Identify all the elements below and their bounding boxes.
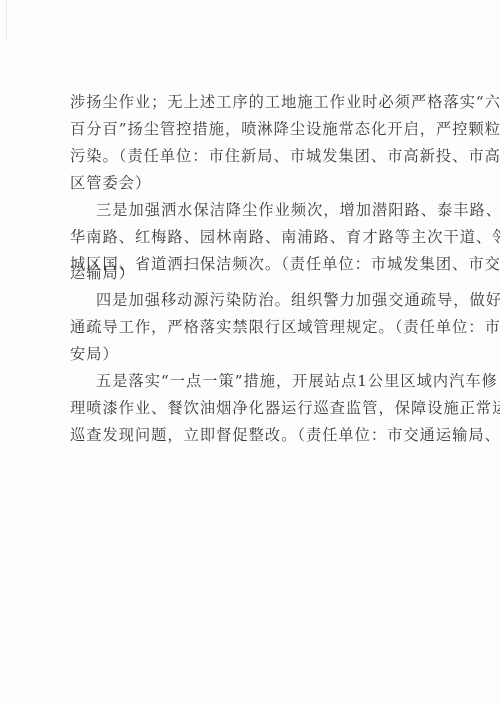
text-line: 运输局） bbox=[70, 263, 442, 283]
text-line: 安局） bbox=[70, 344, 442, 364]
text-line: 理喷漆作业、餐饮油烟净化器运行巡查监管，保障设施正常运行， bbox=[70, 398, 442, 418]
paragraph-five-start: 五是落实“一点一策”措施，开展站点1公里区域内汽车修 bbox=[96, 371, 442, 391]
text-line: 华南路、红梅路、园林南路、南浦路、育才路等主次干道、邻主 bbox=[70, 227, 442, 247]
paragraph-four-start: 四是加强移动源污染防治。组织警力加强交通疏导，做好交 bbox=[96, 290, 442, 310]
text-line: 巡查发现问题，立即督促整改。（责任单位：市交通运输局、市 bbox=[70, 425, 442, 445]
text-line: 区管委会） bbox=[70, 173, 442, 193]
text-line: 涉扬尘作业；无上述工序的工地施工作业时必须严格落实“六个 bbox=[70, 92, 442, 112]
text-line: 通疏导工作，严格落实禁限行区域管理规定。（责任单位：市公 bbox=[70, 317, 442, 337]
paragraph-three-start: 三是加强洒水保洁降尘作业频次，增加潜阳路、泰丰路、章 bbox=[96, 200, 442, 220]
text-line: 污染。（责任单位：市住新局、市城发集团、市高新投、市高新 bbox=[70, 146, 442, 166]
scan-edge bbox=[0, 0, 7, 40]
text-line: 百分百”扬尘管控措施，喷淋降尘设施常态化开启，严控颗粒物 bbox=[70, 119, 442, 139]
